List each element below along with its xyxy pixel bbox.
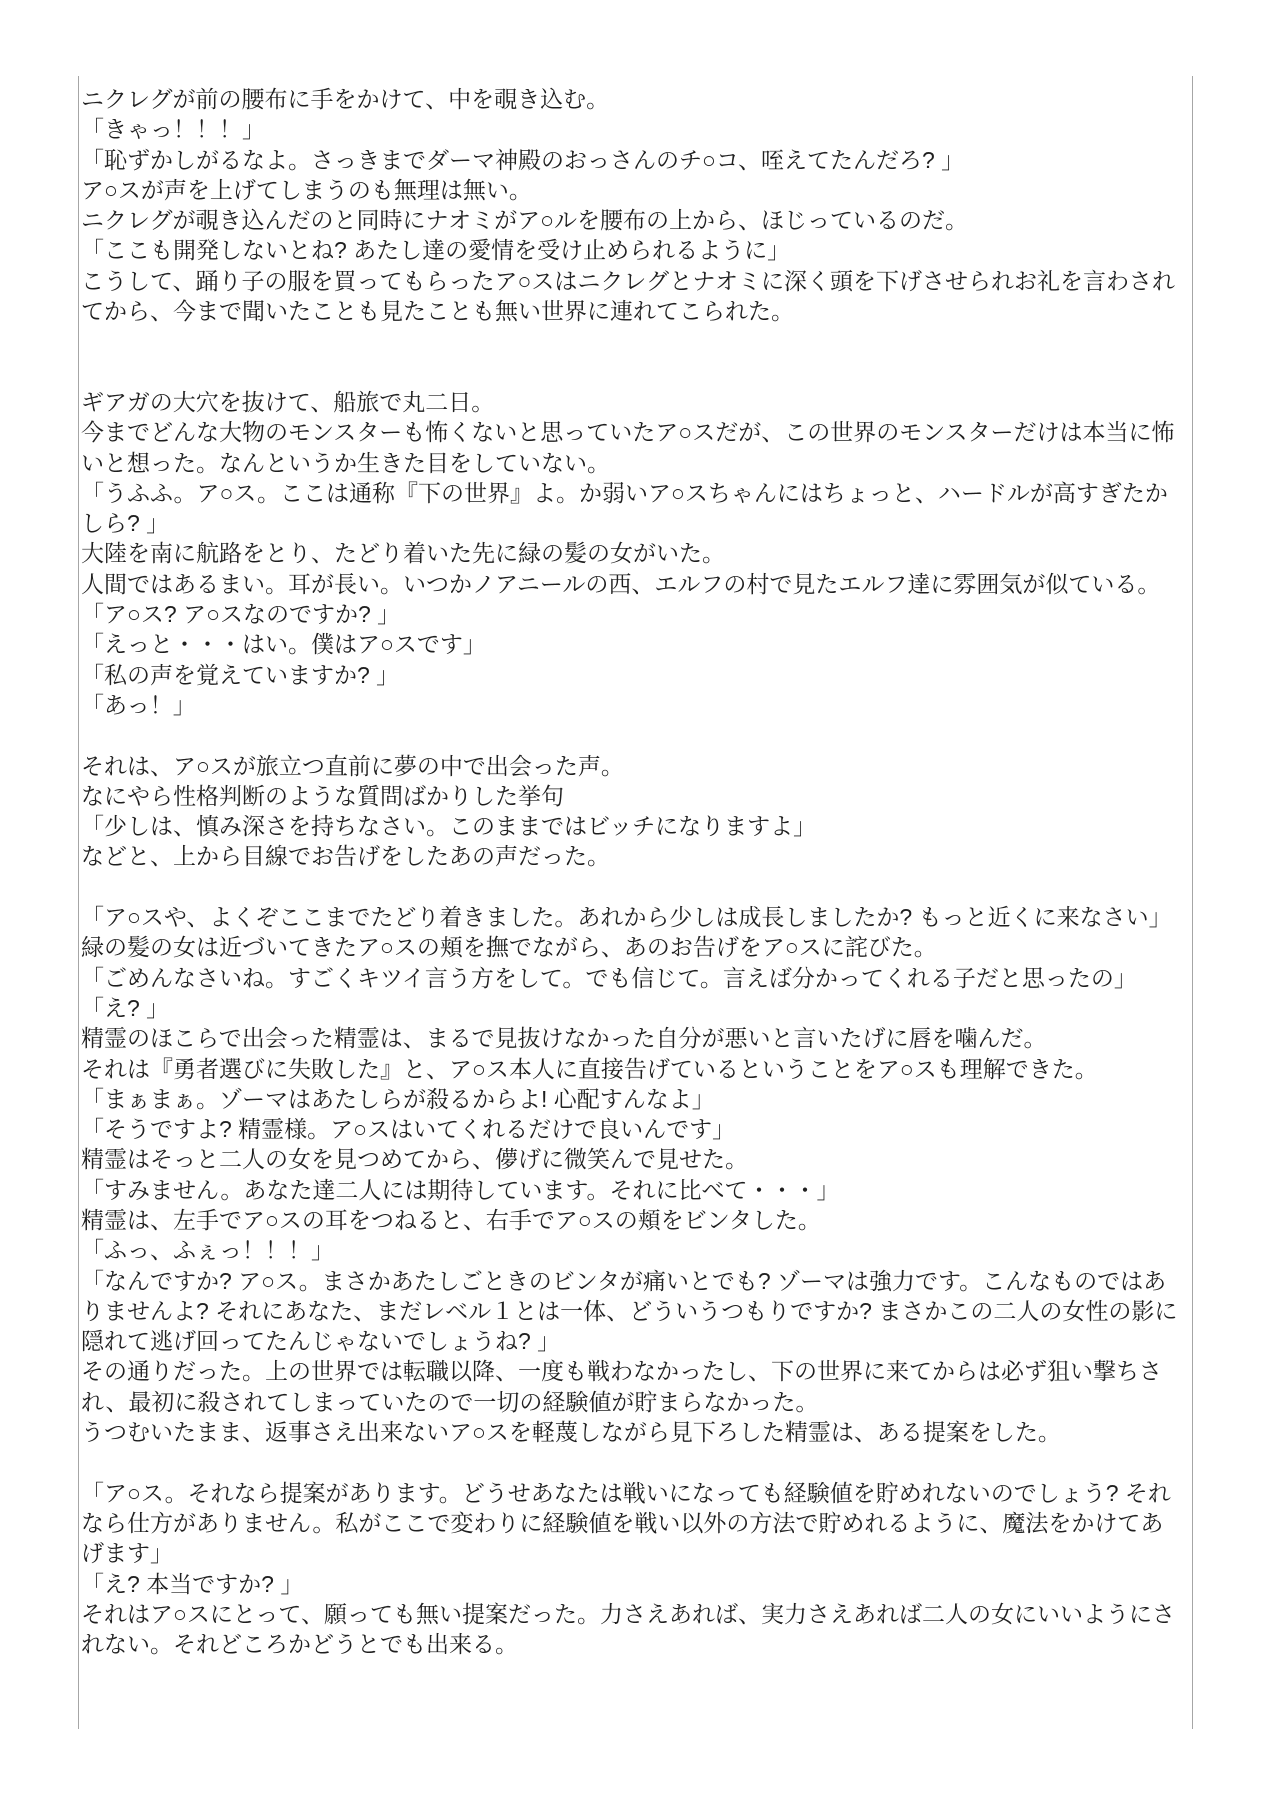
text-line: こうして、踊り子の服を買ってもらったア○スはニクレグとナオミに深く頭を下げさせら… [81, 266, 1182, 327]
text-line: 「ごめんなさいね。すごくキツイ言う方をして。でも信じて。言えば分かってくれる子だ… [81, 963, 1182, 993]
text-line: 「すみません。あなた達二人には期待しています。それに比べて・・・」 [81, 1175, 1182, 1205]
text-line: 「ア○スや、よくぞここまでたどり着きました。あれから少しは成長しましたか? もっ… [81, 902, 1182, 932]
text-line: 「きゃっ！！！」 [81, 114, 1182, 144]
text-line: 「そうですよ? 精霊様。ア○スはいてくれるだけで良いんです」 [81, 1114, 1182, 1144]
text-line: 「ふっ、ふぇっ！！！」 [81, 1235, 1182, 1265]
text-line: うつむいたまま、返事さえ出来ないア○スを軽蔑しながら見下ろした精霊は、ある提案を… [81, 1417, 1182, 1447]
blank-line [81, 1447, 1182, 1477]
blank-line [81, 357, 1182, 387]
text-line: ギアガの大穴を抜けて、船旅で丸二日。 [81, 387, 1182, 417]
text-line: 「なんですか? ア○ス。まさかあたしごときのビンタが痛いとでも? ゾーマは強力で… [81, 1266, 1182, 1357]
text-line: 「えっと・・・はい。僕はア○スです」 [81, 629, 1182, 659]
text-line: 「恥ずかしがるなよ。さっきまでダーマ神殿のおっさんのチ○コ、咥えてたんだろ? 」 [81, 145, 1182, 175]
text-line: ニクレグが前の腰布に手をかけて、中を覗き込む。 [81, 84, 1182, 114]
text-line: 精霊のほこらで出会った精霊は、まるで見抜けなかった自分が悪いと言いたげに唇を噛ん… [81, 1023, 1182, 1053]
text-line: 「あっ！」 [81, 690, 1182, 720]
text-line: 緑の髪の女は近づいてきたア○スの頬を撫でながら、あのお告げをア○スに詫びた。 [81, 932, 1182, 962]
text-line: 「ア○ス。それなら提案があります。どうせあなたは戦いになっても経験値を貯めれない… [81, 1478, 1182, 1569]
text-line: 「少しは、慎み深さを持ちなさい。このままではビッチになりますよ」 [81, 811, 1182, 841]
text-line: 今までどんな大物のモンスターも怖くないと思っていたア○スだが、この世界のモンスタ… [81, 417, 1182, 478]
novel-text-frame: ニクレグが前の腰布に手をかけて、中を覗き込む。「きゃっ！！！」「恥ずかしがるなよ… [78, 76, 1193, 1729]
text-line: 人間ではあるまい。耳が長い。いつかノアニールの西、エルフの村で見たエルフ達に雰囲… [81, 569, 1182, 599]
text-line: 「うふふ。ア○ス。ここは通称『下の世界』よ。か弱いア○スちゃんにはちょっと、ハー… [81, 478, 1182, 539]
blank-line [81, 720, 1182, 750]
text-line: 「私の声を覚えていますか? 」 [81, 660, 1182, 690]
text-line: ア○スが声を上げてしまうのも無理は無い。 [81, 175, 1182, 205]
text-line: ニクレグが覗き込んだのと同時にナオミがア○ルを腰布の上から、ほじっているのだ。 [81, 205, 1182, 235]
text-line: 「ア○ス? ア○スなのですか? 」 [81, 599, 1182, 629]
text-line: 精霊はそっと二人の女を見つめてから、儚げに微笑んで見せた。 [81, 1144, 1182, 1174]
text-line: 精霊は、左手でア○スの耳をつねると、右手でア○スの頬をビンタした。 [81, 1205, 1182, 1235]
text-line: それは『勇者選びに失敗した』と、ア○ス本人に直接告げているということをア○スも理… [81, 1054, 1182, 1084]
text-line: その通りだった。上の世界では転職以降、一度も戦わなかったし、下の世界に来てからは… [81, 1356, 1182, 1417]
text-line: 大陸を南に航路をとり、たどり着いた先に緑の髪の女がいた。 [81, 538, 1182, 568]
text-line: それは、ア○スが旅立つ直前に夢の中で出会った声。 [81, 751, 1182, 781]
text-line: 「え? 本当ですか? 」 [81, 1569, 1182, 1599]
text-line: などと、上から目線でお告げをしたあの声だった。 [81, 841, 1182, 871]
blank-line [81, 872, 1182, 902]
text-line: なにやら性格判断のような質問ばかりした挙句 [81, 781, 1182, 811]
text-line: それはア○スにとって、願っても無い提案だった。力さえあれば、実力さえあれば二人の… [81, 1599, 1182, 1660]
text-line: 「ここも開発しないとね? あたし達の愛情を受け止められるように」 [81, 235, 1182, 265]
blank-line [81, 326, 1182, 356]
text-line: 「まぁまぁ。ゾーマはあたしらが殺るからよ! 心配すんなよ」 [81, 1084, 1182, 1114]
text-line: 「え? 」 [81, 993, 1182, 1023]
